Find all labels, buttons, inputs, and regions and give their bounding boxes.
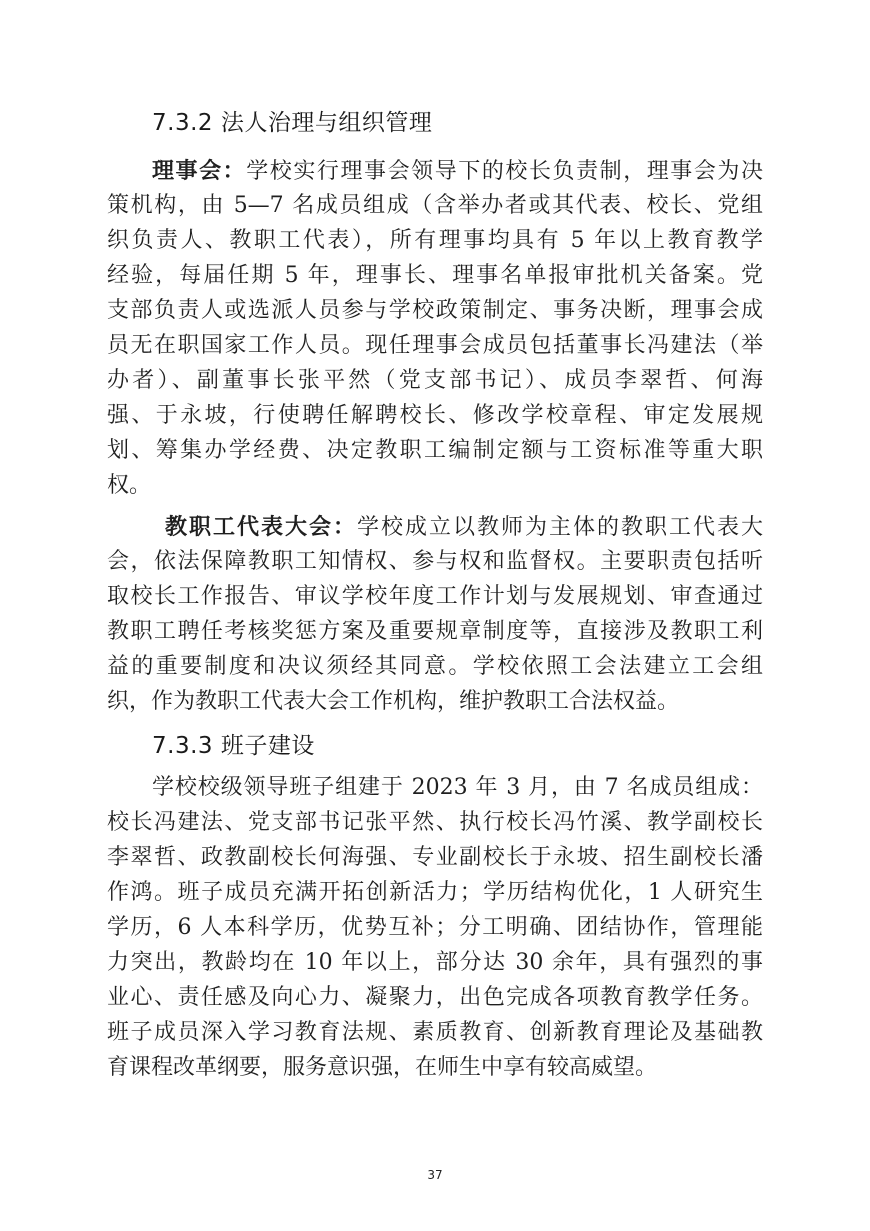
paragraph-board-line-9: 划、筹集办学经费、决定教职工编制定额与工资标准等重大职 [107,436,763,466]
paragraph-leadership-line-9: 育课程改革纲要，服务意识强，在师生中享有较高威望。 [107,1053,763,1083]
staff-congress-line-text: 学校成立以教师为主体的教职工代表大 [357,515,763,540]
board-lead-label: 理事会： [152,158,246,184]
paragraph-board-line-5: 支部负责人或选派人员参与学校政策制定、事务决断，理事会成 [107,296,763,326]
paragraph-board-line-8: 强、于永坡，行使聘任解聘校长、修改学校章程、审定发展规 [107,401,763,431]
paragraph-board-line-2: 策机构，由 5—7 名成员组成（含举办者或其代表、校长、党组 [107,191,763,221]
paragraph-leadership-line-5: 学历，6 人本科学历，优势互补；分工明确、团结协作，管理能 [107,913,763,943]
paragraph-leadership-line-1: 学校校级领导班子组建于 2023 年 3 月，由 7 名成员组成： [152,773,763,803]
paragraph-board-line-4: 经验，每届任期 5 年，理事长、理事名单报审批机关备案。党 [107,261,763,291]
paragraph-staff-congress-line-5: 益的重要制度和决议须经其同意。学校依照工会法建立工会组 [107,652,763,682]
section-heading-7-3-3: 7.3.3 班子建设 [152,731,315,761]
document-page: 7.3.2 法人治理与组织管理 理事会：学校实行理事会领导下的校长负责制，理事会… [0,0,870,1231]
paragraph-leadership-line-3: 李翠哲、政教副校长何海强、专业副校长于永坡、招生副校长潘 [107,843,763,873]
paragraph-board-line-3: 织负责人、教职工代表），所有理事均具有 5 年以上教育教学 [107,226,763,256]
paragraph-staff-congress-line-2: 会，依法保障教职工知情权、参与权和监督权。主要职责包括听 [107,547,763,577]
paragraph-staff-congress-line-4: 教职工聘任考核奖惩方案及重要规章制度等，直接涉及教职工利 [107,617,763,647]
board-line-text: 学校实行理事会领导下的校长负责制，理事会为决 [246,159,763,184]
paragraph-leadership-line-6: 力突出，教龄均在 10 年以上，部分达 30 余年，具有强烈的事 [107,948,763,978]
staff-congress-lead-label: 教职工代表大会： [165,514,357,540]
paragraph-leadership-line-2: 校长冯建法、党支部书记张平然、执行校长冯竹溪、教学副校长 [107,808,763,838]
page-number: 37 [0,1168,870,1182]
paragraph-leadership-line-7: 业心、责任感及向心力、凝聚力，出色完成各项教育教学任务。 [107,983,763,1013]
paragraph-board-line-10: 权。 [107,471,763,501]
paragraph-staff-congress-line-3: 取校长工作报告、审议学校年度工作计划与发展规划、审查通过 [107,582,763,612]
section-heading-7-3-2: 7.3.2 法人治理与组织管理 [152,108,432,138]
paragraph-board-line-1: 理事会：学校实行理事会领导下的校长负责制，理事会为决 [152,156,763,187]
paragraph-staff-congress-line-1: 教职工代表大会：学校成立以教师为主体的教职工代表大 [165,512,763,543]
paragraph-board-line-7: 办者）、副董事长张平然（党支部书记）、成员李翠哲、何海 [107,366,763,396]
paragraph-leadership-line-4: 作鸿。班子成员充满开拓创新活力；学历结构优化，1 人研究生 [107,878,763,908]
paragraph-leadership-line-8: 班子成员深入学习教育法规、素质教育、创新教育理论及基础教 [107,1018,763,1048]
paragraph-staff-congress-line-6: 织，作为教职工代表大会工作机构，维护教职工合法权益。 [107,687,763,717]
paragraph-board-line-6: 员无在职国家工作人员。现任理事会成员包括董事长冯建法（举 [107,331,763,361]
